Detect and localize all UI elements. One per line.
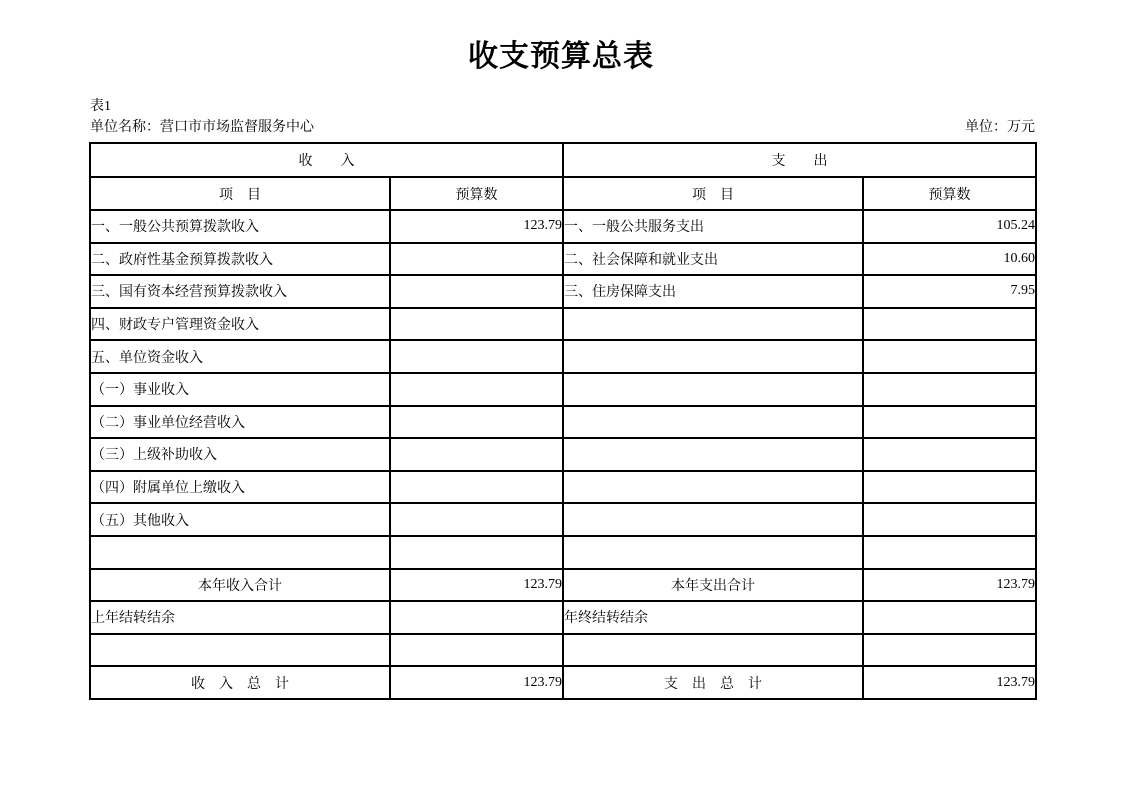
table-row: 四、财政专户管理资金收入 xyxy=(90,308,1036,341)
expense-item-cell: 三、住房保障支出 xyxy=(563,275,863,308)
expense-item-cell xyxy=(563,438,863,471)
income-item-cell xyxy=(90,634,390,667)
document-page: 收支预算总表 表1 单位名称：营口市市场监督服务中心 单位：万元 收 入 支 出… xyxy=(0,0,1122,793)
expense-value-cell: 10.60 xyxy=(863,243,1036,276)
income-value-cell: 123.79 xyxy=(390,666,563,699)
income-section-header: 收 入 xyxy=(90,143,563,177)
expense-value-cell: 123.79 xyxy=(863,569,1036,602)
income-item-cell: （三）上级补助收入 xyxy=(90,438,390,471)
income-value-cell: 123.79 xyxy=(390,210,563,243)
income-item-cell: 三、国有资本经营预算拨款收入 xyxy=(90,275,390,308)
income-item-cell xyxy=(90,536,390,569)
expense-value-cell xyxy=(863,406,1036,439)
expense-value-cell: 105.24 xyxy=(863,210,1036,243)
income-item-cell: 五、单位资金收入 xyxy=(90,340,390,373)
income-value-cell xyxy=(390,340,563,373)
income-value-cell xyxy=(390,536,563,569)
expense-item-cell: 支 出 总 计 xyxy=(563,666,863,699)
page-title: 收支预算总表 xyxy=(0,40,1122,74)
table-row: （四）附属单位上缴收入 xyxy=(90,471,1036,504)
expense-value-cell xyxy=(863,308,1036,341)
expense-item-cell xyxy=(563,308,863,341)
table-row: 五、单位资金收入 xyxy=(90,340,1036,373)
income-item-cell: 本年收入合计 xyxy=(90,569,390,602)
income-item-cell: （二）事业单位经营收入 xyxy=(90,406,390,439)
income-item-header: 项 目 xyxy=(90,177,390,210)
expense-section-header: 支 出 xyxy=(563,143,1036,177)
expense-value-cell: 123.79 xyxy=(863,666,1036,699)
income-value-cell xyxy=(390,438,563,471)
expense-value-cell xyxy=(863,471,1036,504)
income-item-cell: 上年结转结余 xyxy=(90,601,390,634)
table-header: 收 入 支 出 项 目 预算数 项 目 预算数 xyxy=(90,143,1036,210)
expense-item-cell xyxy=(563,503,863,536)
table-row: 一、一般公共预算拨款收入123.79一、一般公共服务支出105.24 xyxy=(90,210,1036,243)
income-item-cell: 收 入 总 计 xyxy=(90,666,390,699)
table-row: 二、政府性基金预算拨款收入二、社会保障和就业支出10.60 xyxy=(90,243,1036,276)
income-item-cell: （四）附属单位上缴收入 xyxy=(90,471,390,504)
unit-name: 单位名称：营口市市场监督服务中心 xyxy=(90,119,314,137)
expense-value-cell xyxy=(863,340,1036,373)
income-item-cell: 二、政府性基金预算拨款收入 xyxy=(90,243,390,276)
table-row xyxy=(90,634,1036,667)
income-value-cell xyxy=(390,275,563,308)
expense-value-cell xyxy=(863,536,1036,569)
unit-label: 单位：万元 xyxy=(965,119,1035,137)
expense-item-cell xyxy=(563,373,863,406)
expense-budget-header: 预算数 xyxy=(863,177,1036,210)
income-item-cell: （五）其他收入 xyxy=(90,503,390,536)
income-value-cell xyxy=(390,373,563,406)
column-header-row: 项 目 预算数 项 目 预算数 xyxy=(90,177,1036,210)
expense-item-cell: 年终结转结余 xyxy=(563,601,863,634)
expense-item-cell xyxy=(563,634,863,667)
table-row: （二）事业单位经营收入 xyxy=(90,406,1036,439)
expense-value-cell xyxy=(863,503,1036,536)
expense-value-cell xyxy=(863,634,1036,667)
expense-value-cell xyxy=(863,373,1036,406)
income-value-cell xyxy=(390,308,563,341)
table-label: 表1 xyxy=(90,98,111,116)
table-row: （三）上级补助收入 xyxy=(90,438,1036,471)
table-body: 一、一般公共预算拨款收入123.79一、一般公共服务支出105.24二、政府性基… xyxy=(90,210,1036,699)
expense-item-header: 项 目 xyxy=(563,177,863,210)
table-row: （五）其他收入 xyxy=(90,503,1036,536)
income-value-cell xyxy=(390,406,563,439)
expense-item-cell: 本年支出合计 xyxy=(563,569,863,602)
expense-item-cell xyxy=(563,471,863,504)
income-item-cell: 四、财政专户管理资金收入 xyxy=(90,308,390,341)
income-item-cell: （一）事业收入 xyxy=(90,373,390,406)
expense-value-cell xyxy=(863,601,1036,634)
income-value-cell xyxy=(390,471,563,504)
income-item-cell: 一、一般公共预算拨款收入 xyxy=(90,210,390,243)
income-budget-header: 预算数 xyxy=(390,177,563,210)
table-row: 收 入 总 计123.79支 出 总 计123.79 xyxy=(90,666,1036,699)
income-value-cell xyxy=(390,634,563,667)
income-value-cell xyxy=(390,601,563,634)
section-header-row: 收 入 支 出 xyxy=(90,143,1036,177)
table-row xyxy=(90,536,1036,569)
table-row: 上年结转结余年终结转结余 xyxy=(90,601,1036,634)
table-row: （一）事业收入 xyxy=(90,373,1036,406)
income-value-cell xyxy=(390,243,563,276)
income-value-cell xyxy=(390,503,563,536)
table-row: 三、国有资本经营预算拨款收入三、住房保障支出7.95 xyxy=(90,275,1036,308)
expense-item-cell: 二、社会保障和就业支出 xyxy=(563,243,863,276)
budget-table: 收 入 支 出 项 目 预算数 项 目 预算数 一、一般公共预算拨款收入123.… xyxy=(89,142,1037,700)
income-value-cell: 123.79 xyxy=(390,569,563,602)
expense-value-cell xyxy=(863,438,1036,471)
expense-item-cell xyxy=(563,340,863,373)
table-row: 本年收入合计123.79本年支出合计123.79 xyxy=(90,569,1036,602)
expense-item-cell xyxy=(563,536,863,569)
expense-item-cell: 一、一般公共服务支出 xyxy=(563,210,863,243)
expense-value-cell: 7.95 xyxy=(863,275,1036,308)
expense-item-cell xyxy=(563,406,863,439)
